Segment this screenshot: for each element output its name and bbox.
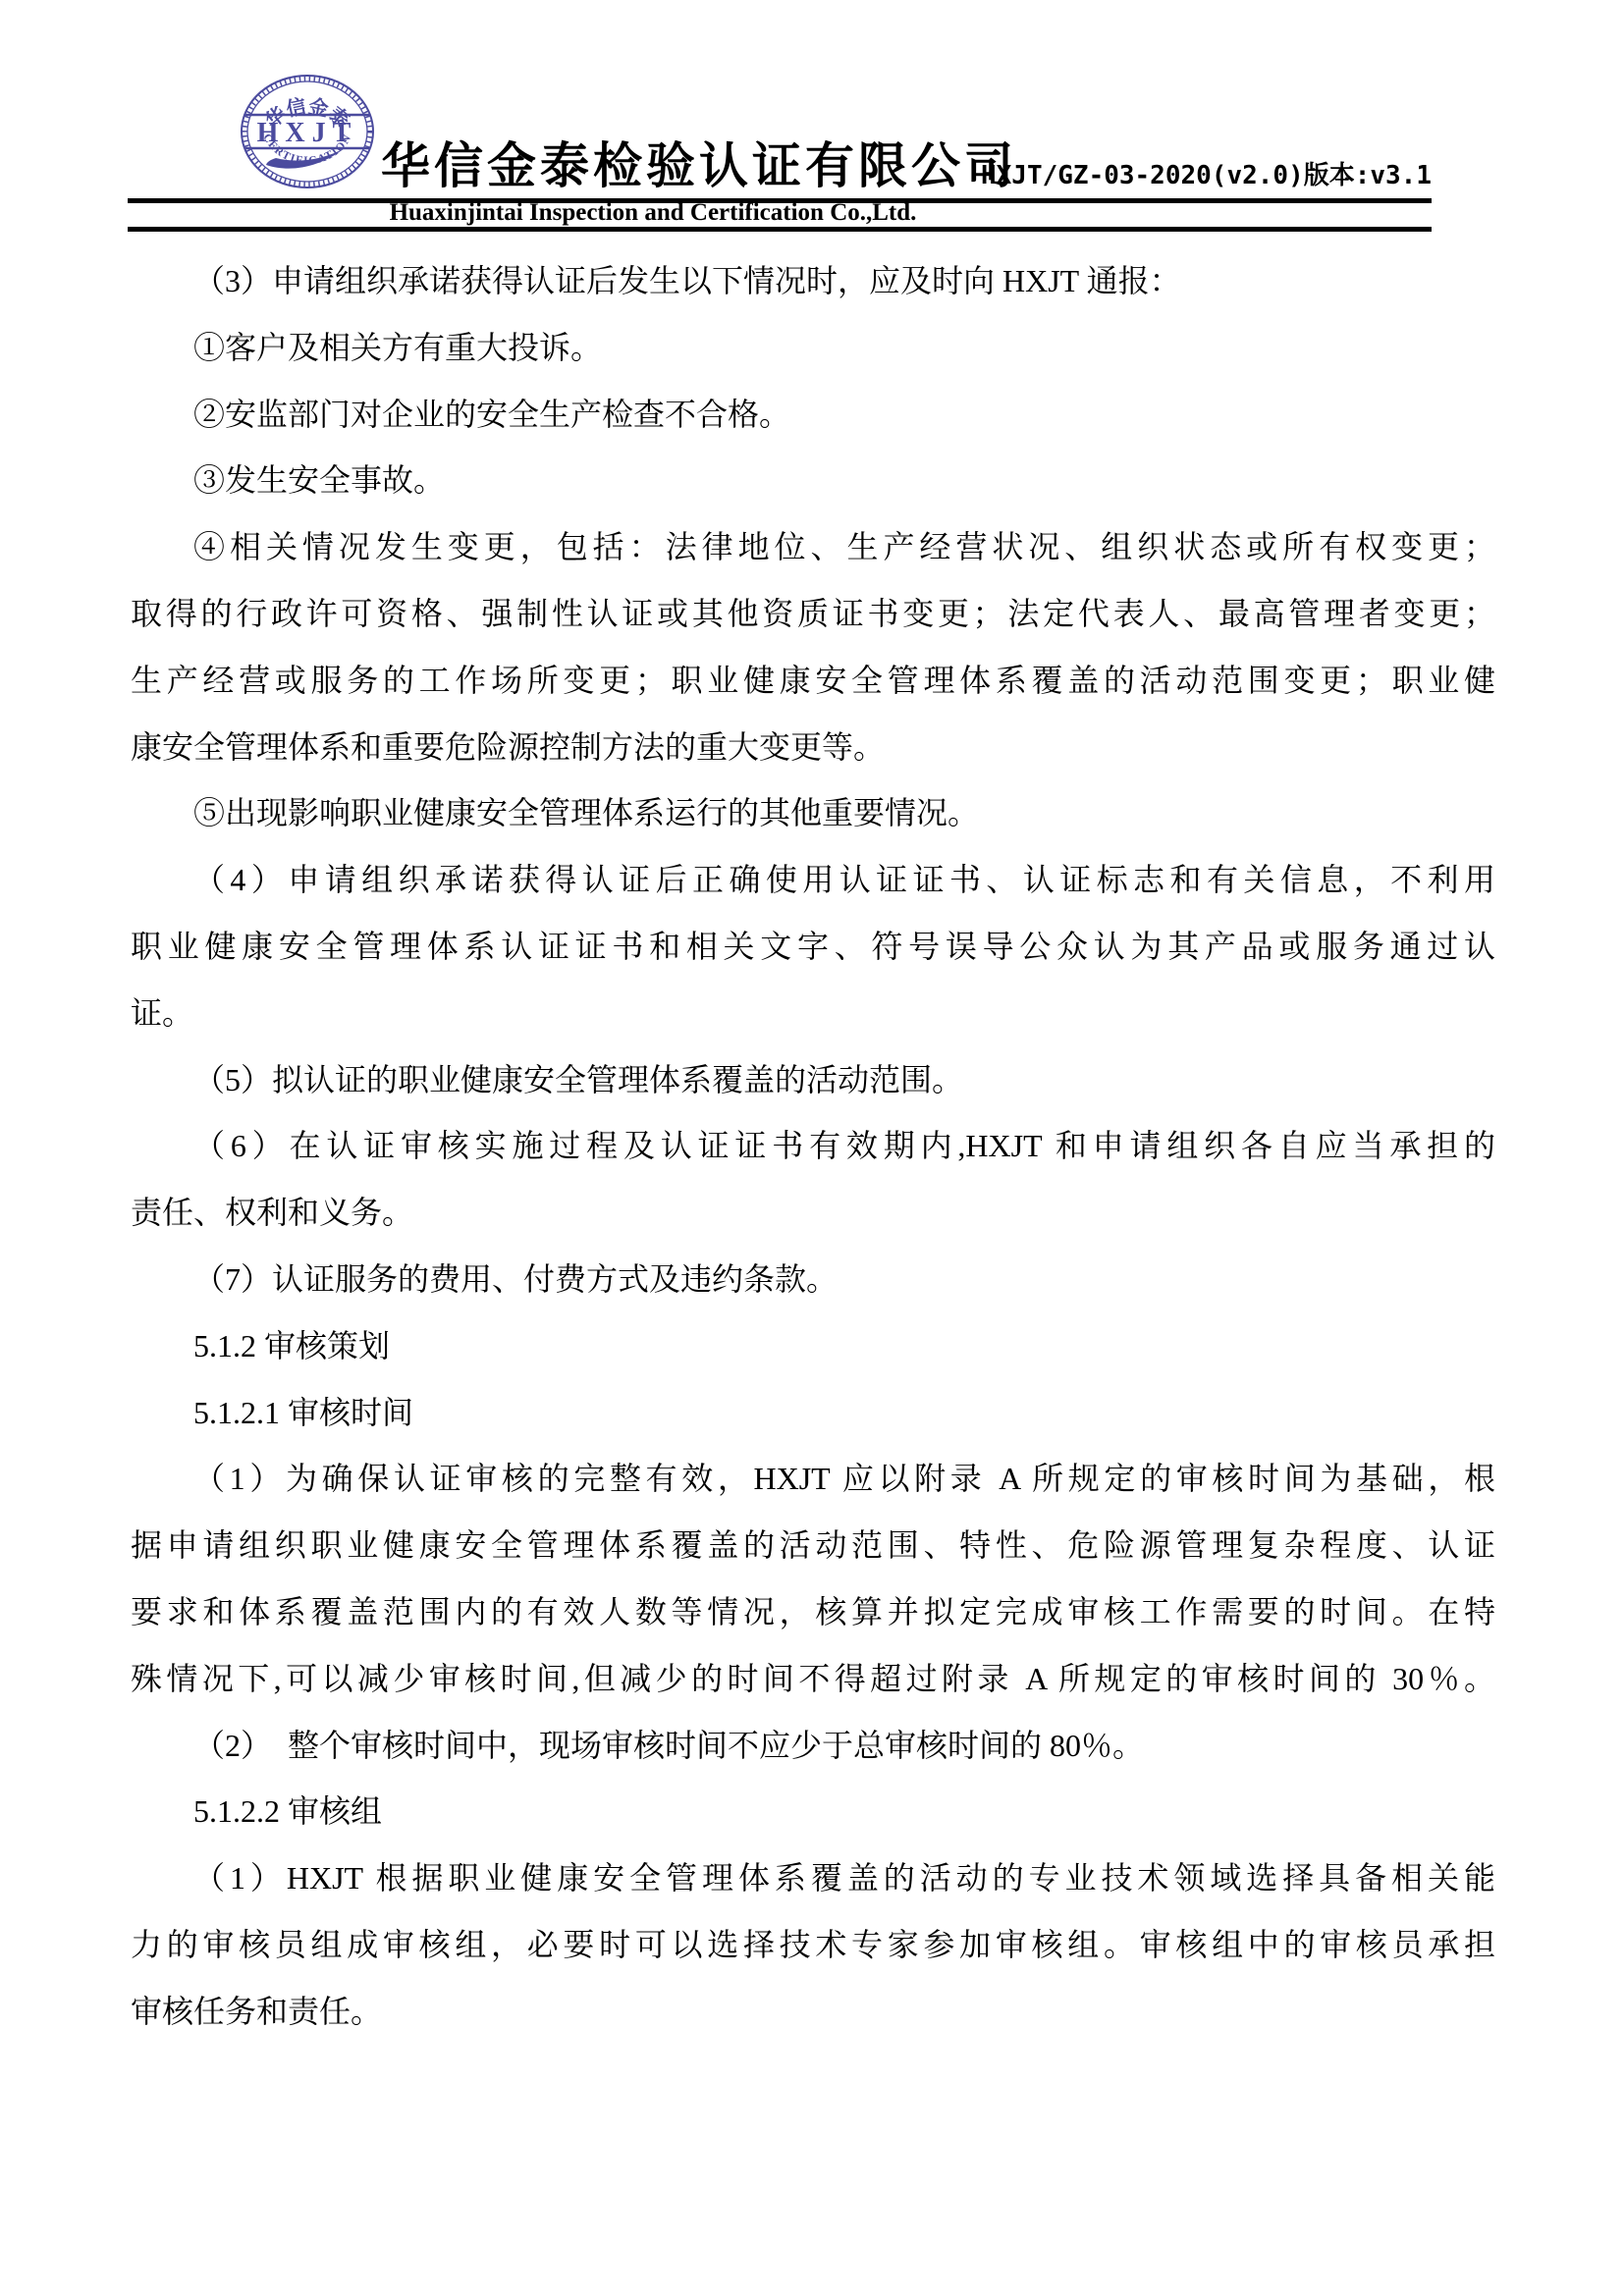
body-line: （5）拟认证的职业健康安全管理体系覆盖的活动范围。 — [131, 1047, 1495, 1114]
body-line: 取得的行政许可资格、强制性认证或其他资质证书变更；法定代表人、最高管理者变更； — [131, 581, 1495, 648]
body-line: 责任、权利和义务。 — [131, 1180, 1495, 1247]
company-name-en: Huaxinjintai Inspection and Certificatio… — [128, 200, 1178, 226]
company-seal-icon: 华信金泰 HXJT CERTIFICATION — [239, 73, 376, 190]
section-heading: 5.1.2.2 审核组 — [131, 1779, 1495, 1845]
body-line: （7）认证服务的费用、付费方式及违约条款。 — [131, 1247, 1495, 1313]
body-line: （1）为确保认证审核的完整有效，HXJT 应以附录 A 所规定的审核时间为基础，… — [131, 1446, 1495, 1513]
company-name-cn: 华信金泰检验认证有限公司 — [381, 137, 1009, 194]
body-line: 力的审核员组成审核组，必要时可以选择技术专家参加审核组。审核组中的审核员承担 — [131, 1912, 1495, 1979]
body-line: 要求和体系覆盖范围内的有效人数等情况，核算并拟定完成审核工作需要的时间。在特 — [131, 1579, 1495, 1646]
body-line: 据申请组织职业健康安全管理体系覆盖的活动范围、特性、危险源管理复杂程度、认证 — [131, 1513, 1495, 1579]
body-line: ①客户及相关方有重大投诉。 — [131, 315, 1495, 382]
document-page: 华信金泰 HXJT CERTIFICATION 华信金泰检验认证有限公司 HXJ… — [0, 0, 1624, 2296]
body-line: （1）HXJT 根据职业健康安全管理体系覆盖的活动的专业技术领域选择具备相关能 — [131, 1845, 1495, 1912]
body-line: （6）在认证审核实施过程及认证证书有效期内,HXJT 和申请组织各自应当承担的 — [131, 1113, 1495, 1180]
body-line: ②安监部门对企业的安全生产检查不合格。 — [131, 382, 1495, 449]
document-code: HXJT/GZ-03-2020(v2.0)版本:v3.1 — [981, 155, 1432, 191]
body-line: （4）申请组织承诺获得认证后正确使用认证证书、认证标志和有关信息，不利用 — [131, 847, 1495, 914]
header-rule-bottom — [128, 227, 1432, 232]
document-body: （3）申请组织承诺获得认证后发生以下情况时，应及时向 HXJT 通报： ①客户及… — [0, 248, 1624, 2046]
section-heading: 5.1.2 审核策划 — [131, 1313, 1495, 1380]
body-line: （2） 整个审核时间中，现场审核时间不应少于总审核时间的 80％。 — [131, 1713, 1495, 1780]
body-line: 康安全管理体系和重要危险源控制方法的重大变更等。 — [131, 715, 1495, 781]
body-line: 审核任务和责任。 — [131, 1979, 1495, 2046]
body-line: 殊情况下,可以减少审核时间,但减少的时间不得超过附录 A 所规定的审核时间的 3… — [131, 1646, 1495, 1713]
body-line: 职业健康安全管理体系认证证书和相关文字、符号误导公众认为其产品或服务通过认 — [131, 914, 1495, 981]
body-line: ④相关情况发生变更，包括：法律地位、生产经营状况、组织状态或所有权变更； — [131, 514, 1495, 581]
body-line: 证。 — [131, 981, 1495, 1047]
body-line: （3）申请组织承诺获得认证后发生以下情况时，应及时向 HXJT 通报： — [131, 248, 1495, 315]
body-line: 生产经营或服务的工作场所变更；职业健康安全管理体系覆盖的活动范围变更；职业健 — [131, 648, 1495, 715]
section-heading: 5.1.2.1 审核时间 — [131, 1380, 1495, 1447]
body-line: ⑤出现影响职业健康安全管理体系运行的其他重要情况。 — [131, 780, 1495, 847]
body-line: ③发生安全事故。 — [131, 448, 1495, 514]
